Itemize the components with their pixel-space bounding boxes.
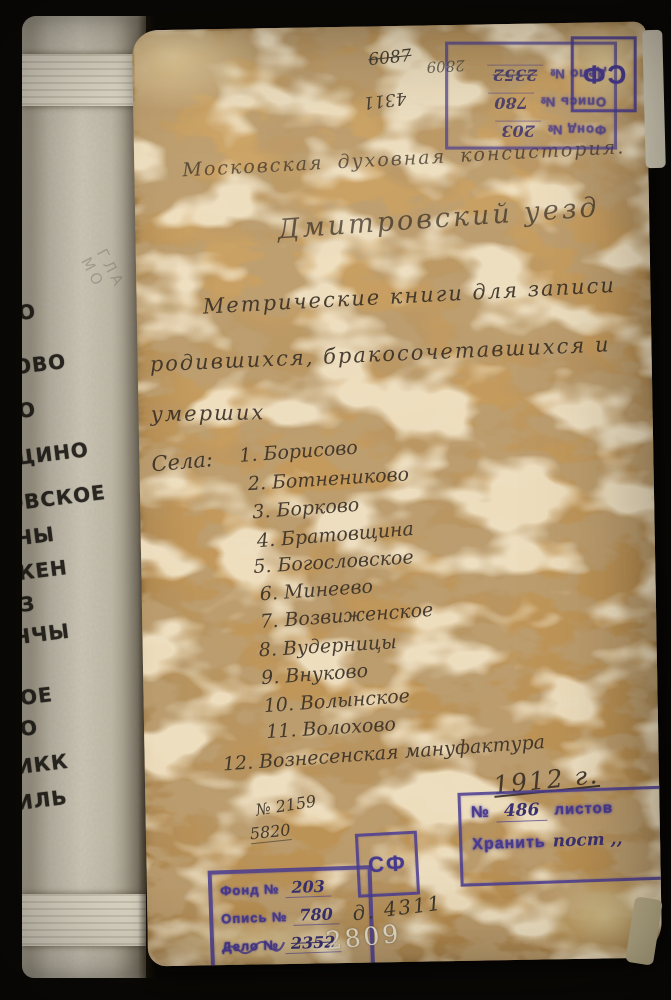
fond-value: 203 [285,877,331,899]
spine-stitch-band-top [22,54,146,106]
case-number-2: 5820 [249,820,292,844]
sheet-count-suffix: листов [554,799,613,818]
fond-label: Фонд № [220,881,280,898]
archival-book-photo: ГЛА МО О ОВО О ЩИНО ОВСКОЕ ЧЫ КЕН З ЧЧЫ … [0,0,671,1000]
stamp-row-fond: Фонд № 203 [456,113,606,141]
opis-label: Опись № [221,909,288,926]
sheet-count-stamp: № 486 листов Хранить пост ,, [457,786,662,887]
sf-stamp-flipped: СФ [571,36,637,112]
sheet-count-prefix: № [471,804,489,823]
keep-row: Хранить пост ,, [472,828,655,866]
scribble-mark [218,936,289,960]
spine-letter-fragment: ОЕ [22,682,54,710]
keep-value: пост ,, [552,829,622,851]
spine-letter-fragment: ЧЫ [22,522,56,551]
sf-stamp-label: СФ [367,850,407,878]
marbled-cover: Московская духовная консистория. Дмитров… [132,22,662,967]
sf-stamp-label: СФ [581,59,626,90]
keep-label: Хранить [472,834,546,855]
fond-value: 203 [495,121,540,141]
spine-stitch-band-bottom [22,894,146,946]
opis-value: 780 [293,904,339,926]
fond-label: Фонд № [547,123,606,138]
opis-value: 780 [488,93,533,113]
page-edges-top-right [642,30,666,168]
spine-letter-fragment: О [22,715,39,741]
sheet-count-value: 486 [496,800,548,823]
subtitle-line-3: умерших [150,400,265,426]
book-spine: ГЛА МО О ОВО О ЩИНО ОВСКОЕ ЧЫ КЕН З ЧЧЫ … [22,16,146,978]
delo-value: 2352 [487,65,544,85]
